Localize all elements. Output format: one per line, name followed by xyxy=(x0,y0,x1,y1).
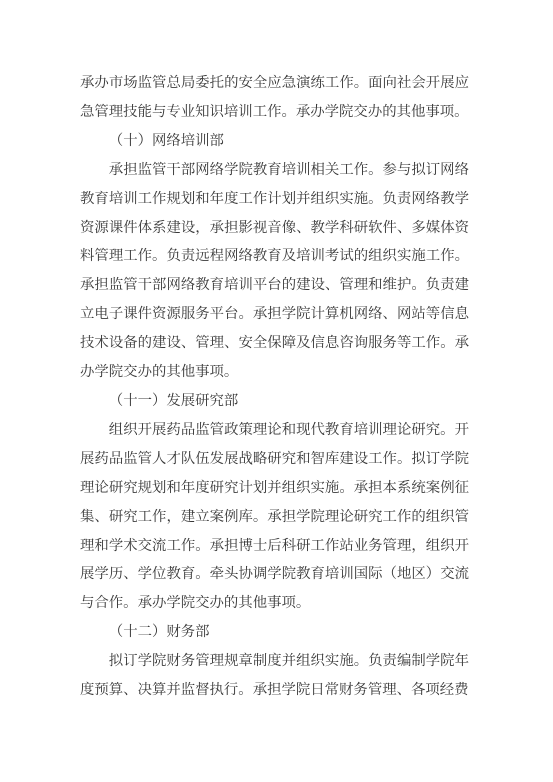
section-heading-11-development-research-dept: （十一）发展研究部 xyxy=(80,387,469,416)
section-heading-12-finance-dept: （十二）财务部 xyxy=(80,618,469,647)
paragraph-network-training-duties: 承担监管干部网络学院教育培训相关工作。参与拟订网络教育培训工作规划和年度工作计划… xyxy=(80,156,469,387)
paragraph-continuation: 承办市场监管总局委托的安全应急演练工作。面向社会开展应急管理技能与专业知识培训工… xyxy=(80,69,469,127)
document-page: 承办市场监管总局委托的安全应急演练工作。面向社会开展应急管理技能与专业知识培训工… xyxy=(0,0,553,782)
paragraph-finance-duties: 拟订学院财务管理规章制度并组织实施。负责编制学院年度预算、决算并监督执行。承担学… xyxy=(80,647,469,705)
paragraph-development-research-duties: 组织开展药品监管政策理论和现代教育培训理论研究。开展药品监管人才队伍发展战略研究… xyxy=(80,416,469,618)
section-heading-10-network-training-dept: （十）网络培训部 xyxy=(80,127,469,156)
document-text-block: 承办市场监管总局委托的安全应急演练工作。面向社会开展应急管理技能与专业知识培训工… xyxy=(80,69,469,705)
